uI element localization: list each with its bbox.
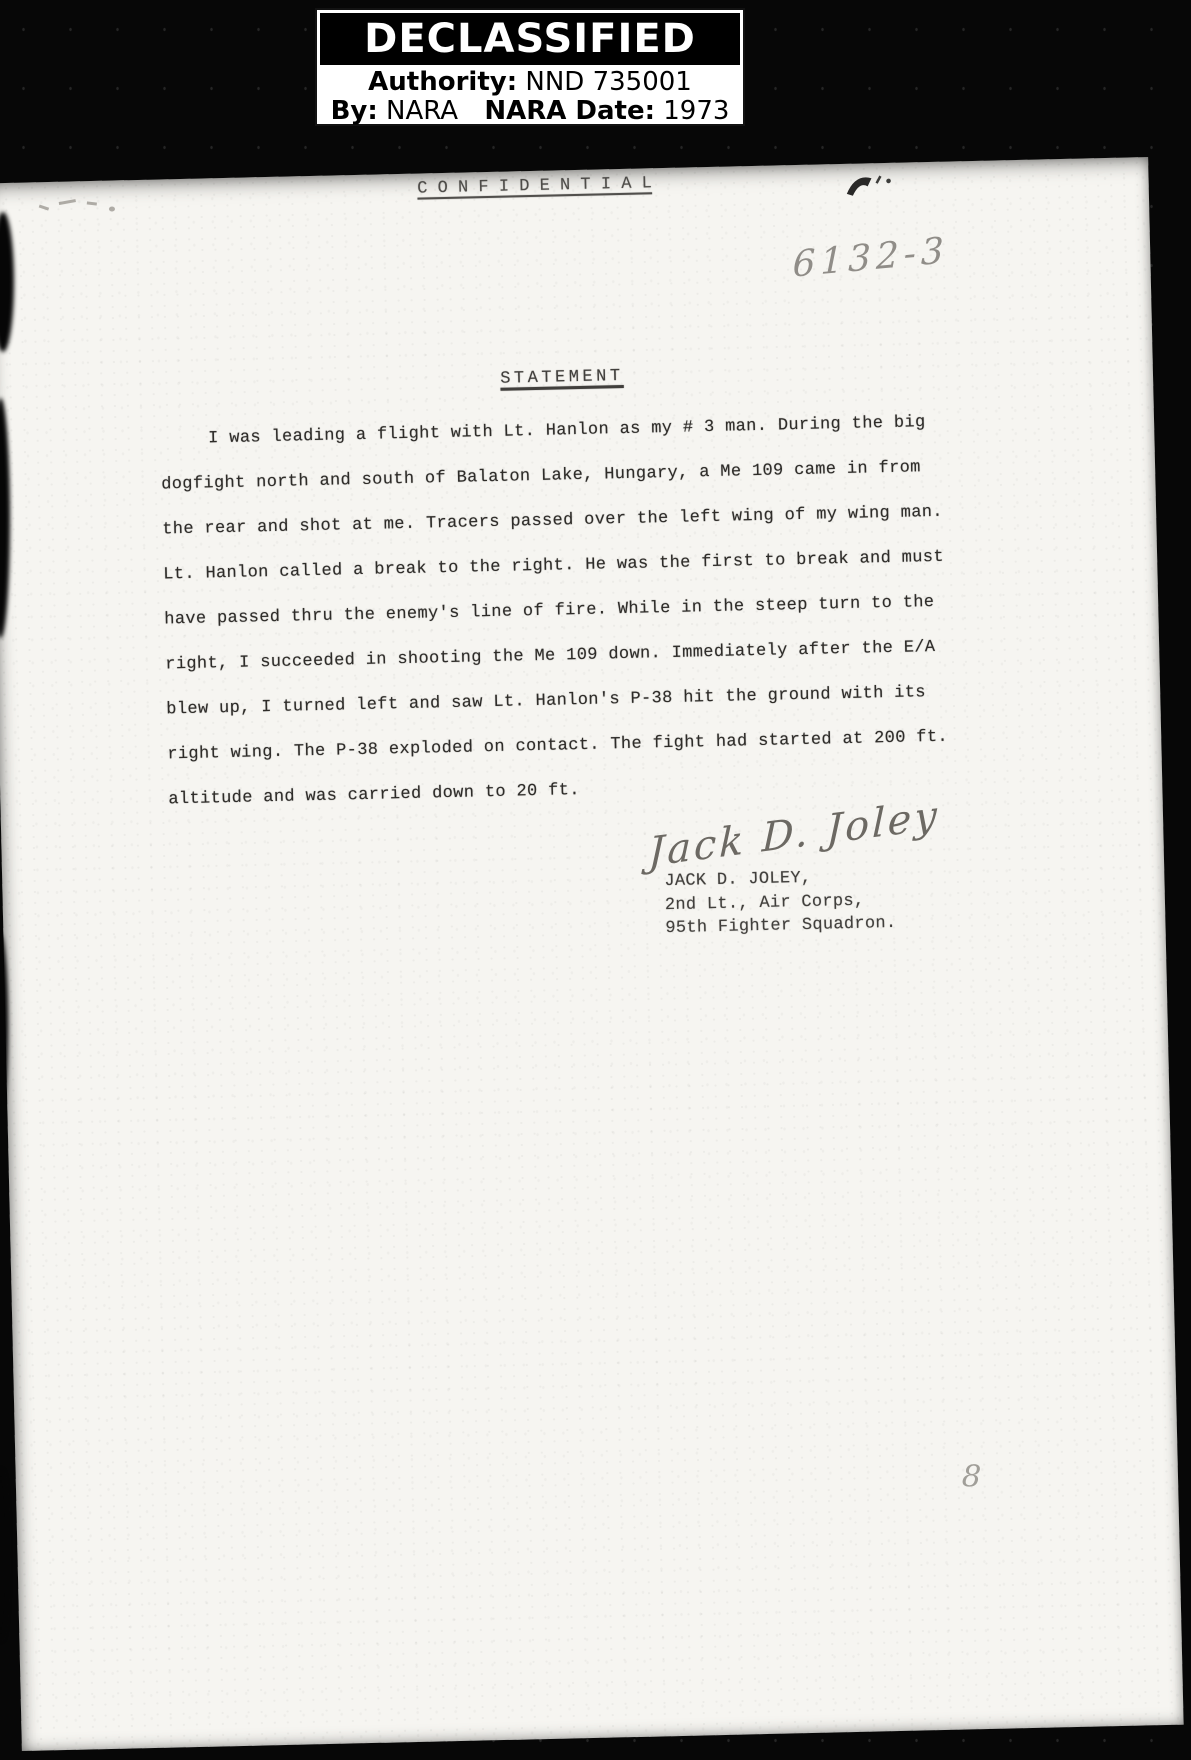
classification-header: C O N F I D E N T I A L bbox=[417, 174, 652, 198]
pencil-check-mark bbox=[842, 169, 895, 209]
date-label: NARA Date: bbox=[484, 96, 655, 126]
document-paper: C O N F I D E N T I A L 6132-3 STATEMENT… bbox=[0, 157, 1184, 1751]
pencil-stroke bbox=[39, 205, 49, 211]
pencil-stroke bbox=[109, 206, 115, 211]
declassified-stamp: DECLASSIFIED Authority: NND 735001 By: N… bbox=[315, 8, 745, 126]
authority-value: NND 735001 bbox=[525, 67, 691, 97]
scanned-document-screen: C O N F I D E N T I A L 6132-3 STATEMENT… bbox=[0, 0, 1191, 1760]
stamp-by-line: By: NARA NARA Date: 1973 bbox=[317, 97, 743, 126]
by-value: NARA bbox=[386, 96, 458, 126]
page-number: 8 bbox=[961, 1459, 982, 1495]
pencil-stroke bbox=[87, 201, 97, 205]
authority-label: Authority: bbox=[368, 67, 517, 97]
handwritten-file-number: 6132-3 bbox=[792, 230, 949, 286]
signature-block: JACK D. JOLEY, 2nd Lt., Air Corps, 95th … bbox=[664, 865, 897, 941]
statement-body: I was leading a flight with Lt. Hanlon a… bbox=[160, 399, 999, 823]
scan-edge-artifact bbox=[0, 1470, 8, 1640]
declassified-banner: DECLASSIFIED bbox=[320, 13, 740, 65]
date-value: 1973 bbox=[663, 96, 729, 126]
by-label: By: bbox=[331, 96, 378, 126]
stamp-authority-line: Authority: NND 735001 bbox=[317, 68, 743, 97]
pencil-scribble-marks bbox=[39, 187, 160, 232]
pencil-stroke bbox=[59, 199, 76, 205]
statement-title: STATEMENT bbox=[500, 367, 624, 389]
signer-unit: 95th Fighter Squadron. bbox=[665, 912, 897, 941]
